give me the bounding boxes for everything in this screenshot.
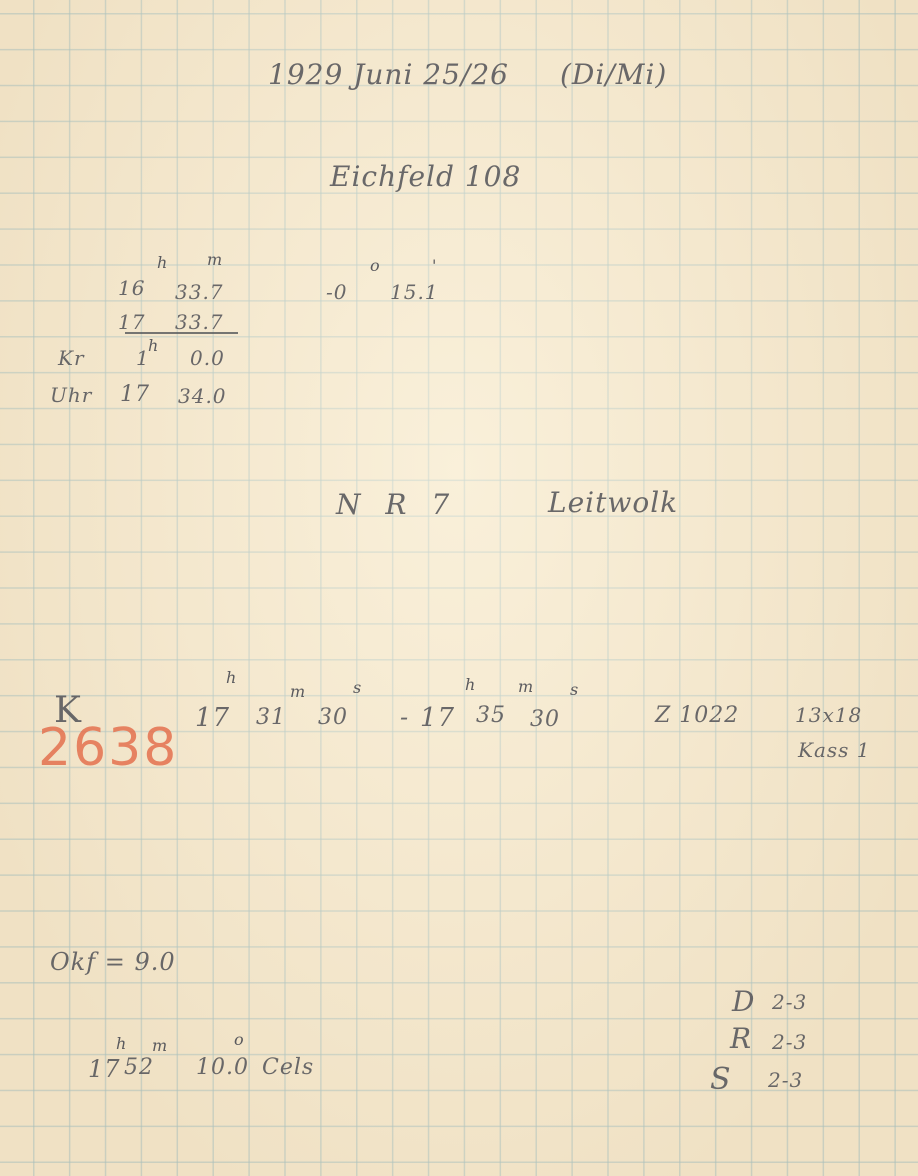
start-m: 31 <box>256 705 286 730</box>
object-description: Leitwolk <box>548 486 678 519</box>
calc-row2-m: 33.7 <box>175 310 224 334</box>
plate-id: Z 1022 <box>655 703 739 728</box>
calc-row4-m: 34.0 <box>178 384 227 408</box>
plate-size: 13x18 <box>795 703 862 727</box>
condition-label-s: S <box>710 1062 732 1097</box>
note-temperature-unit: o <box>234 1030 244 1049</box>
note-time-m: 52 <box>124 1055 154 1080</box>
calc-row1-h: 16 <box>118 276 145 300</box>
unit-m: m <box>207 250 222 269</box>
condition-label-r: R <box>730 1022 752 1055</box>
condition-value-s: 2-3 <box>768 1068 803 1092</box>
condition-value-r: 2-3 <box>772 1030 807 1054</box>
instrument-label: Eichfeld 108 <box>330 160 521 193</box>
start-s-unit: s <box>353 678 361 697</box>
note-time-h-unit: h <box>116 1034 126 1053</box>
note-remark: Cels <box>262 1055 314 1080</box>
start-s: 30 <box>318 705 348 730</box>
calc-row1-m: 33.7 <box>175 280 224 304</box>
plate-number: 2638 <box>38 718 178 778</box>
declination-min-unit: ' <box>432 256 436 275</box>
date-line: 1929 Juni 25/26 <box>268 58 509 91</box>
object-name: N R 7 <box>336 488 457 521</box>
note-time-m-unit: m <box>152 1036 167 1055</box>
note-temperature: 10.0 <box>196 1055 249 1080</box>
declination-deg: -0 <box>326 280 347 304</box>
logbook-page: 1929 Juni 25/26 (Di/Mi) Eichfeld 108 h m… <box>0 0 918 1176</box>
start-h-unit: h <box>226 668 236 687</box>
condition-label-d: D <box>732 985 755 1018</box>
unit-h: h <box>157 253 167 272</box>
end-s-unit: s <box>570 680 578 699</box>
end-s: 30 <box>530 707 560 732</box>
calc-row2-h: 17 <box>118 310 145 334</box>
calc-row3-unit: h <box>148 336 158 355</box>
calc-row3-label: Kr <box>58 346 85 370</box>
calc-row3-m: 0.0 <box>190 346 225 370</box>
note-time-h: 17 <box>88 1055 121 1083</box>
range-separator: - <box>400 703 409 731</box>
weekdays: (Di/Mi) <box>560 58 667 91</box>
end-m: 35 <box>476 703 506 728</box>
condition-value-d: 2-3 <box>772 990 807 1014</box>
end-h: 17 <box>420 703 455 733</box>
declination-deg-unit: o <box>370 256 380 275</box>
calc-row4-h: 17 <box>120 382 150 407</box>
sum-rule <box>125 332 238 334</box>
end-h-unit: h <box>465 675 475 694</box>
start-m-unit: m <box>290 682 305 701</box>
start-h: 17 <box>195 703 230 733</box>
declination-min: 15.1 <box>390 280 439 304</box>
calc-row4-label: Uhr <box>50 383 92 407</box>
cassette: Kass 1 <box>798 738 870 762</box>
end-m-unit: m <box>518 677 533 696</box>
okf-note: Okf = 9.0 <box>50 948 176 976</box>
